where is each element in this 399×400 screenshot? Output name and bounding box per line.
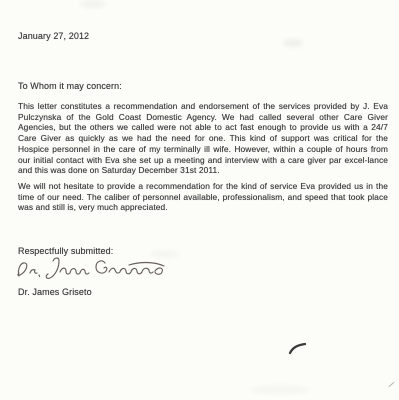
scan-artifact-mark [388, 382, 394, 387]
scanned-letter-page: January 27, 2012 To Whom it may concern:… [0, 0, 399, 400]
handwritten-signature [13, 251, 171, 285]
letter-date: January 27, 2012 [18, 31, 388, 41]
body-paragraph-2: We will not hesitate to provide a recomm… [18, 181, 388, 213]
salutation: To Whom it may concern: [18, 81, 388, 91]
typed-name: Dr. James Griseto [18, 287, 388, 297]
scan-smudge [250, 385, 310, 395]
pen-mark-artifact [288, 342, 308, 357]
scan-smudge [80, 0, 106, 8]
body-paragraph-1: This letter constitutes a recommendation… [18, 101, 388, 176]
